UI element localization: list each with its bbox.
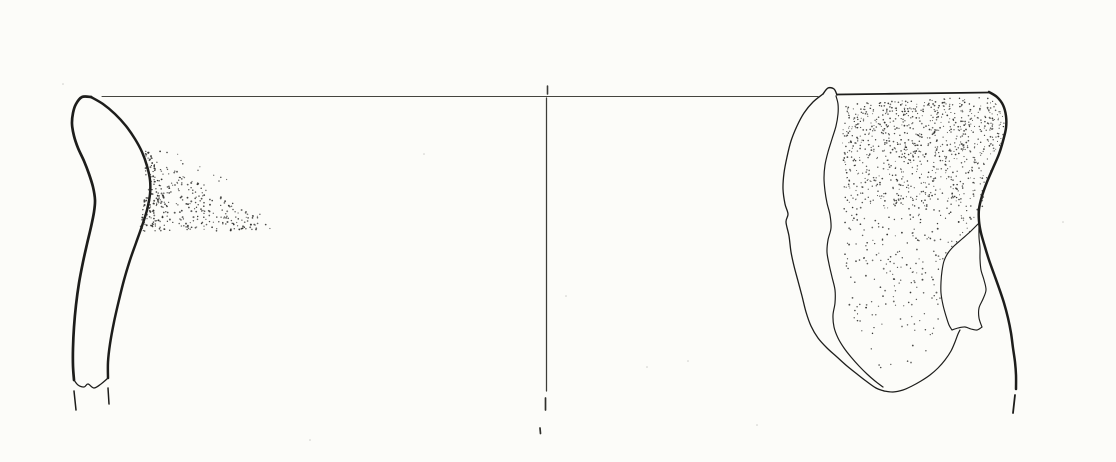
stipple-sherd-slip-medium — [843, 158, 992, 206]
stipple-sherd-slip-lowest — [854, 310, 939, 369]
stipple-section-slip-sparse — [203, 184, 257, 231]
stroke-profile-right — [979, 92, 1016, 389]
stipple-sherd-slip-sparse — [846, 261, 941, 308]
stipple-section-slip-stray — [245, 211, 270, 229]
stipple-section-slip-medium — [166, 167, 220, 232]
stipple-sherd-slip-fading — [843, 205, 983, 263]
stipple-section-slip-upper-stray — [159, 151, 227, 182]
stroke-axis-tick-bottom — [540, 428, 541, 434]
stroke-sherd-edge-right-outer — [941, 223, 979, 330]
scanned-page — [0, 0, 1116, 462]
stroke-sherd-edge-bottom — [884, 330, 960, 392]
stroke-sherd-edge-right-step — [952, 327, 982, 330]
stroke-sherd-top-hook — [823, 88, 837, 95]
stroke-section-outer-contour — [72, 96, 95, 380]
scan-specks — [62, 83, 1064, 441]
stroke-sherd-edge-left-outer — [783, 94, 884, 391]
stroke-section-stance-dash-left — [74, 391, 76, 410]
pottery-figure — [0, 0, 1116, 462]
stroke-sherd-edge-left-inner — [824, 96, 883, 387]
stroke-section-stance-dash-right — [108, 388, 109, 404]
stroke-profile-right-dash — [1013, 395, 1015, 413]
stipple-sherd-slip-dense — [842, 97, 1005, 159]
pottery-drawing-canvas — [0, 0, 1116, 462]
stroke-rim-line-right — [837, 93, 989, 95]
stroke-section-inner-contour — [91, 97, 150, 378]
stroke-section-break-edge — [74, 378, 108, 388]
